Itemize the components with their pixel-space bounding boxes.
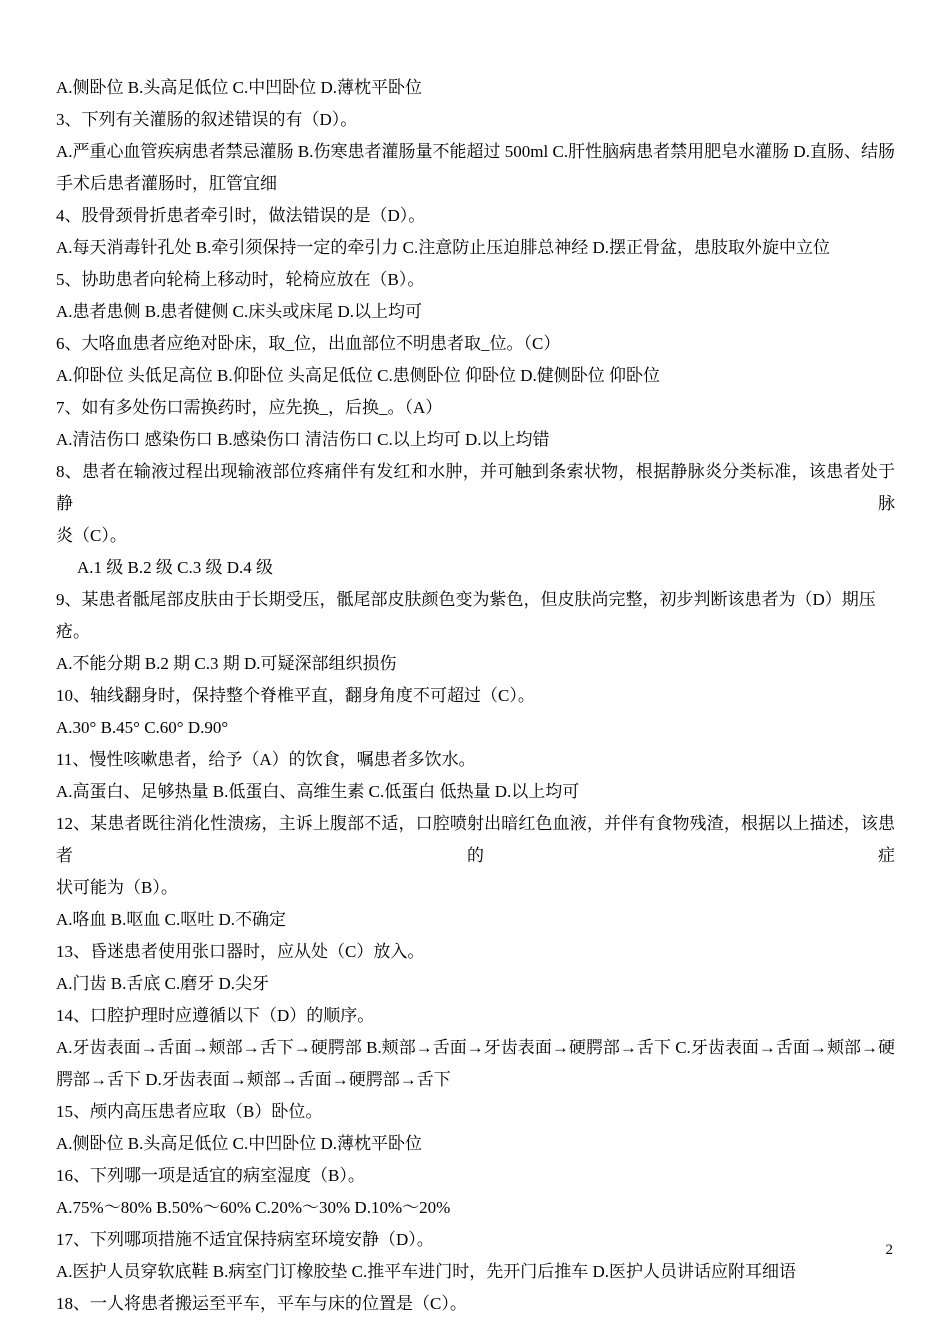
document-page: A.侧卧位 B.头高足低位 C.中凹卧位 D.薄枕平卧位3、下列有关灌肠的叙述错… — [0, 0, 950, 1344]
question-line: 11、慢性咳嗽患者，给予（A）的饮食，嘱患者多饮水。 — [56, 744, 895, 776]
question-line: 18、一人将患者搬运至平车，平车与床的位置是（C）。 — [56, 1288, 895, 1320]
options-line: A.高蛋白、足够热量 B.低蛋白、高维生素 C.低蛋白 低热量 D.以上均可 — [56, 776, 895, 808]
question-line: 17、下列哪项措施不适宜保持病室环境安静（D）。 — [56, 1224, 895, 1256]
document-lines: A.侧卧位 B.头高足低位 C.中凹卧位 D.薄枕平卧位3、下列有关灌肠的叙述错… — [56, 72, 895, 1320]
options-line: A.门齿 B.舌底 C.磨牙 D.尖牙 — [56, 968, 895, 1000]
question-line: 15、颅内高压患者应取（B）卧位。 — [56, 1096, 895, 1128]
question-line: 3、下列有关灌肠的叙述错误的有（D）。 — [56, 104, 895, 136]
options-line: A.牙齿表面→舌面→颊部→舌下→硬腭部 B.颊部→舌面→牙齿表面→硬腭部→舌下 … — [56, 1032, 895, 1064]
question-line: 5、协助患者向轮椅上移动时，轮椅应放在（B）。 — [56, 264, 895, 296]
question-line: 16、下列哪一项是适宜的病室湿度（B）。 — [56, 1160, 895, 1192]
continuation-line: 手术后患者灌肠时，肛管宜细 — [56, 168, 895, 200]
question-line: 13、昏迷患者使用张口器时，应从处（C）放入。 — [56, 936, 895, 968]
question-line: 4、股骨颈骨折患者牵引时，做法错误的是（D）。 — [56, 200, 895, 232]
options-line: A.医护人员穿软底鞋 B.病室门订橡胶垫 C.推平车进门时，先开门后推车 D.医… — [56, 1256, 895, 1288]
continuation-line: 状可能为（B）。 — [56, 872, 895, 904]
continuation-line: 腭部→舌下 D.牙齿表面→颊部→舌面→硬腭部→舌下 — [56, 1064, 895, 1096]
options-line: A.仰卧位 头低足高位 B.仰卧位 头高足低位 C.患侧卧位 仰卧位 D.健侧卧… — [56, 360, 895, 392]
options-line: A.每天消毒针孔处 B.牵引须保持一定的牵引力 C.注意防止压迫腓总神经 D.摆… — [56, 232, 895, 264]
page-number: 2 — [886, 1240, 894, 1260]
question-line: 8、患者在输液过程出现输液部位疼痛伴有发红和水肿，并可触到条索状物，根据静脉炎分… — [56, 456, 895, 520]
options-line: A.不能分期 B.2 期 C.3 期 D.可疑深部组织损伤 — [56, 648, 895, 680]
options-line: A.侧卧位 B.头高足低位 C.中凹卧位 D.薄枕平卧位 — [56, 1128, 895, 1160]
options-line: A.1 级 B.2 级 C.3 级 D.4 级 — [56, 552, 895, 584]
continuation-line: 炎（C）。 — [56, 520, 895, 552]
question-line: 10、轴线翻身时，保持整个脊椎平直，翻身角度不可超过（C）。 — [56, 680, 895, 712]
question-line: 7、如有多处伤口需换药时，应先换_，后换_。（A） — [56, 392, 895, 424]
question-line: 14、口腔护理时应遵循以下（D）的顺序。 — [56, 1000, 895, 1032]
options-line: A.患者患侧 B.患者健侧 C.床头或床尾 D.以上均可 — [56, 296, 895, 328]
options-line: A.30° B.45° C.60° D.90° — [56, 712, 895, 744]
options-line: A.75%～80% B.50%～60% C.20%～30% D.10%～20% — [56, 1192, 895, 1224]
question-line: 6、大咯血患者应绝对卧床，取_位，出血部位不明患者取_位。（C） — [56, 328, 895, 360]
options-line: A.清洁伤口 感染伤口 B.感染伤口 清洁伤口 C.以上均可 D.以上均错 — [56, 424, 895, 456]
options-line: A.侧卧位 B.头高足低位 C.中凹卧位 D.薄枕平卧位 — [56, 72, 895, 104]
options-line: A.严重心血管疾病患者禁忌灌肠 B.伤寒患者灌肠量不能超过 500ml C.肝性… — [56, 136, 895, 168]
options-line: A.咯血 B.呕血 C.呕吐 D.不确定 — [56, 904, 895, 936]
question-line: 12、某患者既往消化性溃疡，主诉上腹部不适，口腔喷射出暗红色血液，并伴有食物残渣… — [56, 808, 895, 872]
question-line: 9、某患者骶尾部皮肤由于长期受压，骶尾部皮肤颜色变为紫色，但皮肤尚完整，初步判断… — [56, 584, 895, 648]
